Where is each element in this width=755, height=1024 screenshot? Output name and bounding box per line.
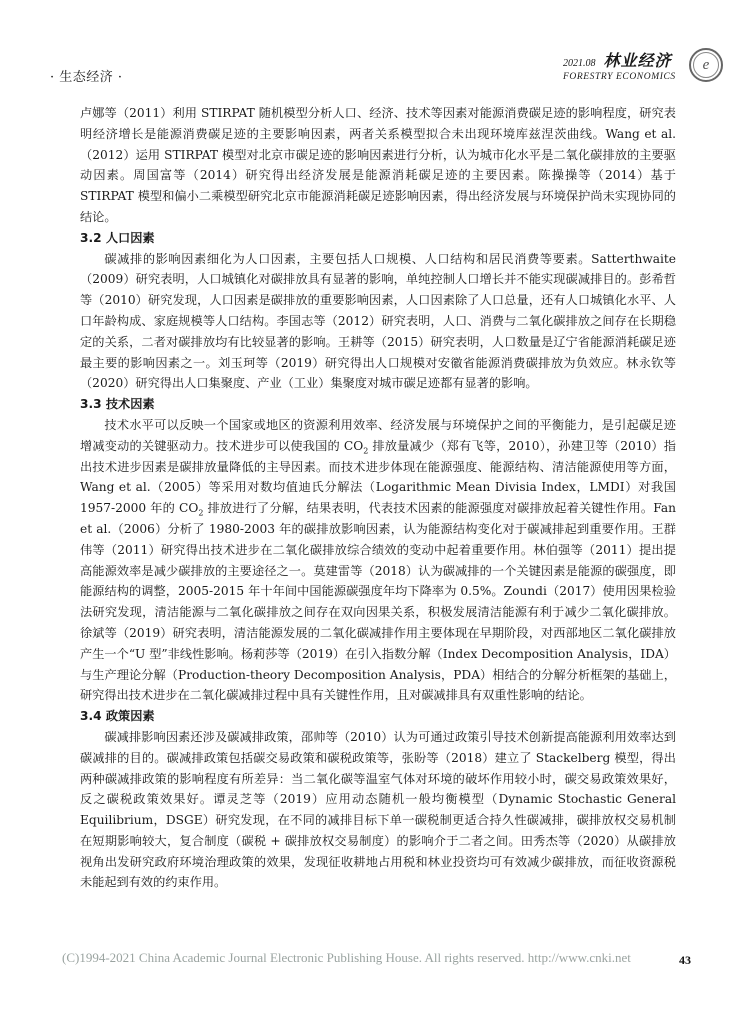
paragraph-policy-factors: 碳减排影响因素还涉及碳减排政策，邵帅等（2010）认为可通过政策引导技术创新提高… (80, 727, 676, 893)
journal-name-en: FORESTRY ECONOMICS (563, 72, 683, 82)
copyright-footer: (C)1994-2021 China Academic Journal Elec… (62, 950, 662, 966)
issue-number: 2021.08 (563, 58, 596, 69)
emblem-letter: e (693, 52, 719, 78)
heading-3-2-population: 3.2 人口因素 (80, 228, 676, 249)
page-header: · 生态经济 · 2021.08 林业经济 FORESTRY ECONOMICS… (0, 0, 755, 100)
section-tag: · 生态经济 · (50, 66, 123, 85)
journal-masthead: 2021.08 林业经济 FORESTRY ECONOMICS (563, 48, 683, 82)
page-number: 43 (679, 953, 691, 968)
paragraph-technology-factors: 技术水平可以反映一个国家或地区的资源利用效率、经济发展与环境保护之间的平衡能力，… (80, 415, 676, 706)
heading-3-3-technology: 3.3 技术因素 (80, 394, 676, 415)
journal-name-cn: 林业经济 (604, 48, 672, 71)
article-body: 卢娜等（2011）利用 STIRPAT 随机模型分析人口、经济、技术等因素对能源… (80, 103, 676, 893)
text-segment: 排放进行了分解，结果表明，代表技术因素的能源强度对碳排放起着关键性作用。Fan … (80, 501, 676, 702)
heading-3-4-policy: 3.4 政策因素 (80, 706, 676, 727)
paragraph-population-factors: 碳减排的影响因素细化为人口因素，主要包括人口规模、人口结构和居民消费等要素。Sa… (80, 249, 676, 395)
journal-emblem-icon: e (689, 48, 723, 82)
paragraph-carbon-footprint-economy: 卢娜等（2011）利用 STIRPAT 随机模型分析人口、经济、技术等因素对能源… (80, 103, 676, 228)
